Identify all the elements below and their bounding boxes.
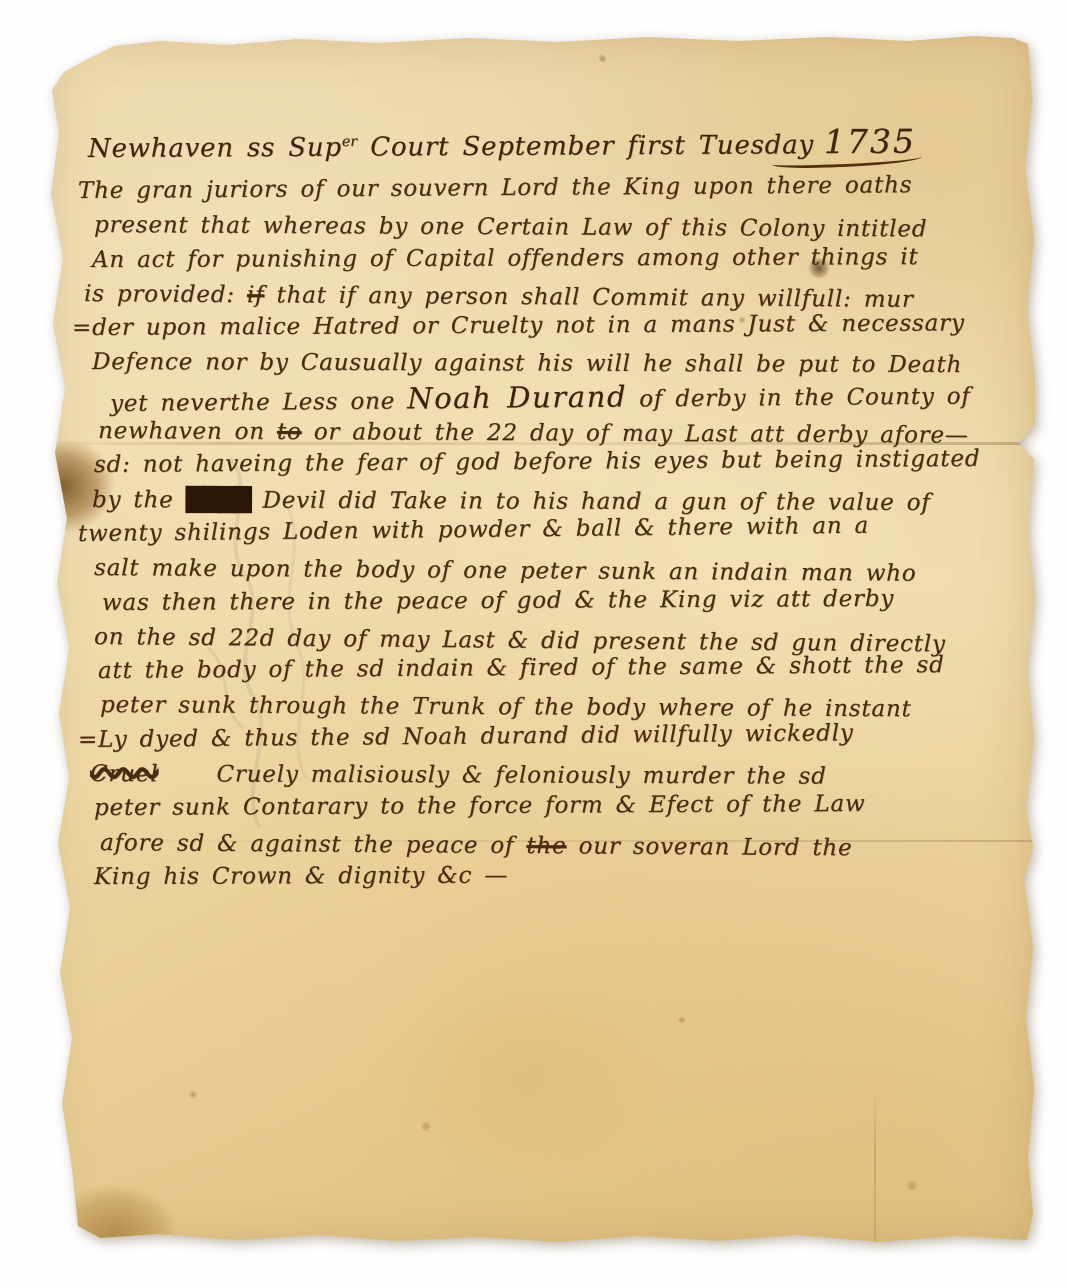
struck-word: if bbox=[247, 282, 265, 308]
line-text: or about the 22 day of may Last att derb… bbox=[302, 419, 969, 448]
corner-stain bbox=[54, 1186, 174, 1282]
person-name: Noah Durand bbox=[407, 379, 627, 415]
scan-background: Newhaven ss Super Court September first … bbox=[0, 0, 1067, 1288]
header-line: Newhaven ss Super Court September first … bbox=[88, 121, 1010, 178]
manuscript-text: Newhaven ss Super Court September first … bbox=[38, 126, 1010, 898]
line-text: salt make upon the body of one peter sun… bbox=[94, 555, 917, 587]
manuscript-line: The gran juriors of our souvern Lord the… bbox=[78, 171, 1010, 212]
line-text: that if any person shall Commit any will… bbox=[264, 282, 914, 313]
line-text: peter sunk through the Trunk of the body… bbox=[100, 692, 912, 722]
manuscript-line: yet neverthe Less one Noah Durand of der… bbox=[110, 376, 1010, 418]
line-text: =der upon malice Hatred or Cruelty not i… bbox=[72, 311, 965, 342]
line-text: of derby in the County of bbox=[627, 383, 971, 412]
line-text: yet neverthe Less one bbox=[110, 388, 407, 417]
manuscript-line: King his Crown & dignity &c — bbox=[94, 861, 1010, 898]
line-text: peter sunk Contarary to the force form &… bbox=[94, 791, 866, 821]
fox-spot bbox=[188, 1090, 198, 1099]
fold-crease bbox=[874, 1088, 876, 1252]
struck-word: to bbox=[277, 419, 302, 445]
line-text: newhaven on bbox=[98, 418, 277, 445]
struck-word: the bbox=[526, 833, 566, 859]
line-text: att the body of the sd indain & fired of… bbox=[98, 652, 945, 684]
aged-paper: Newhaven ss Super Court September first … bbox=[38, 28, 1038, 1252]
struck-word: Cruel bbox=[90, 761, 158, 787]
line-text: present that whereas by one Certain Law … bbox=[94, 212, 927, 242]
line-text: An act for punishing of Capital offender… bbox=[92, 244, 919, 273]
manuscript-line: sd: not haveing the fear of god before h… bbox=[94, 446, 1010, 487]
line-text: King his Crown & dignity &c — bbox=[94, 862, 508, 889]
discoloration-patch bbox=[378, 968, 678, 1188]
line-text: Defence nor by Causually against his wil… bbox=[92, 349, 962, 378]
fox-spot bbox=[598, 54, 607, 63]
court-date: Court September first Tuesday bbox=[357, 130, 814, 162]
line-text: our soveran Lord the bbox=[566, 833, 852, 861]
year-1735: 1735 bbox=[824, 122, 916, 161]
manuscript-line: An act for punishing of Capital offender… bbox=[92, 243, 1010, 281]
manuscript-line: =der upon malice Hatred or Cruelty not i… bbox=[72, 310, 1010, 349]
ink-blot: ████ bbox=[186, 487, 251, 513]
manuscript-line: was then there in the peace of god & the… bbox=[102, 585, 1010, 624]
fox-spot bbox=[678, 1016, 686, 1024]
line-text: sd: not haveing the fear of god before h… bbox=[94, 446, 981, 478]
manuscript-line: =Ly dyed & thus the sd Noah durand did w… bbox=[78, 719, 1010, 761]
manuscript-sheet: Newhaven ss Super Court September first … bbox=[38, 28, 1038, 1252]
line-text: by the bbox=[92, 487, 186, 513]
fox-spot bbox=[906, 1180, 918, 1192]
superscript-er: er bbox=[342, 134, 357, 150]
line-text: The gran juriors of our souvern Lord the… bbox=[78, 172, 912, 204]
line-text: Devil did Take in to his hand a gun of t… bbox=[250, 487, 930, 515]
fox-spot bbox=[420, 1121, 432, 1132]
manuscript-line: att the body of the sd indain & fired of… bbox=[98, 652, 1010, 693]
line-text: was then there in the peace of god & the… bbox=[102, 585, 894, 615]
line-text: afore sd & against the peace of bbox=[100, 830, 527, 859]
line-text: is provided: bbox=[84, 281, 247, 308]
court-caption: Newhaven ss Sup bbox=[88, 133, 342, 164]
manuscript-line: peter sunk Contarary to the force form &… bbox=[94, 791, 1010, 830]
line-text: Cruely malisiously & feloniously murder … bbox=[204, 761, 826, 789]
